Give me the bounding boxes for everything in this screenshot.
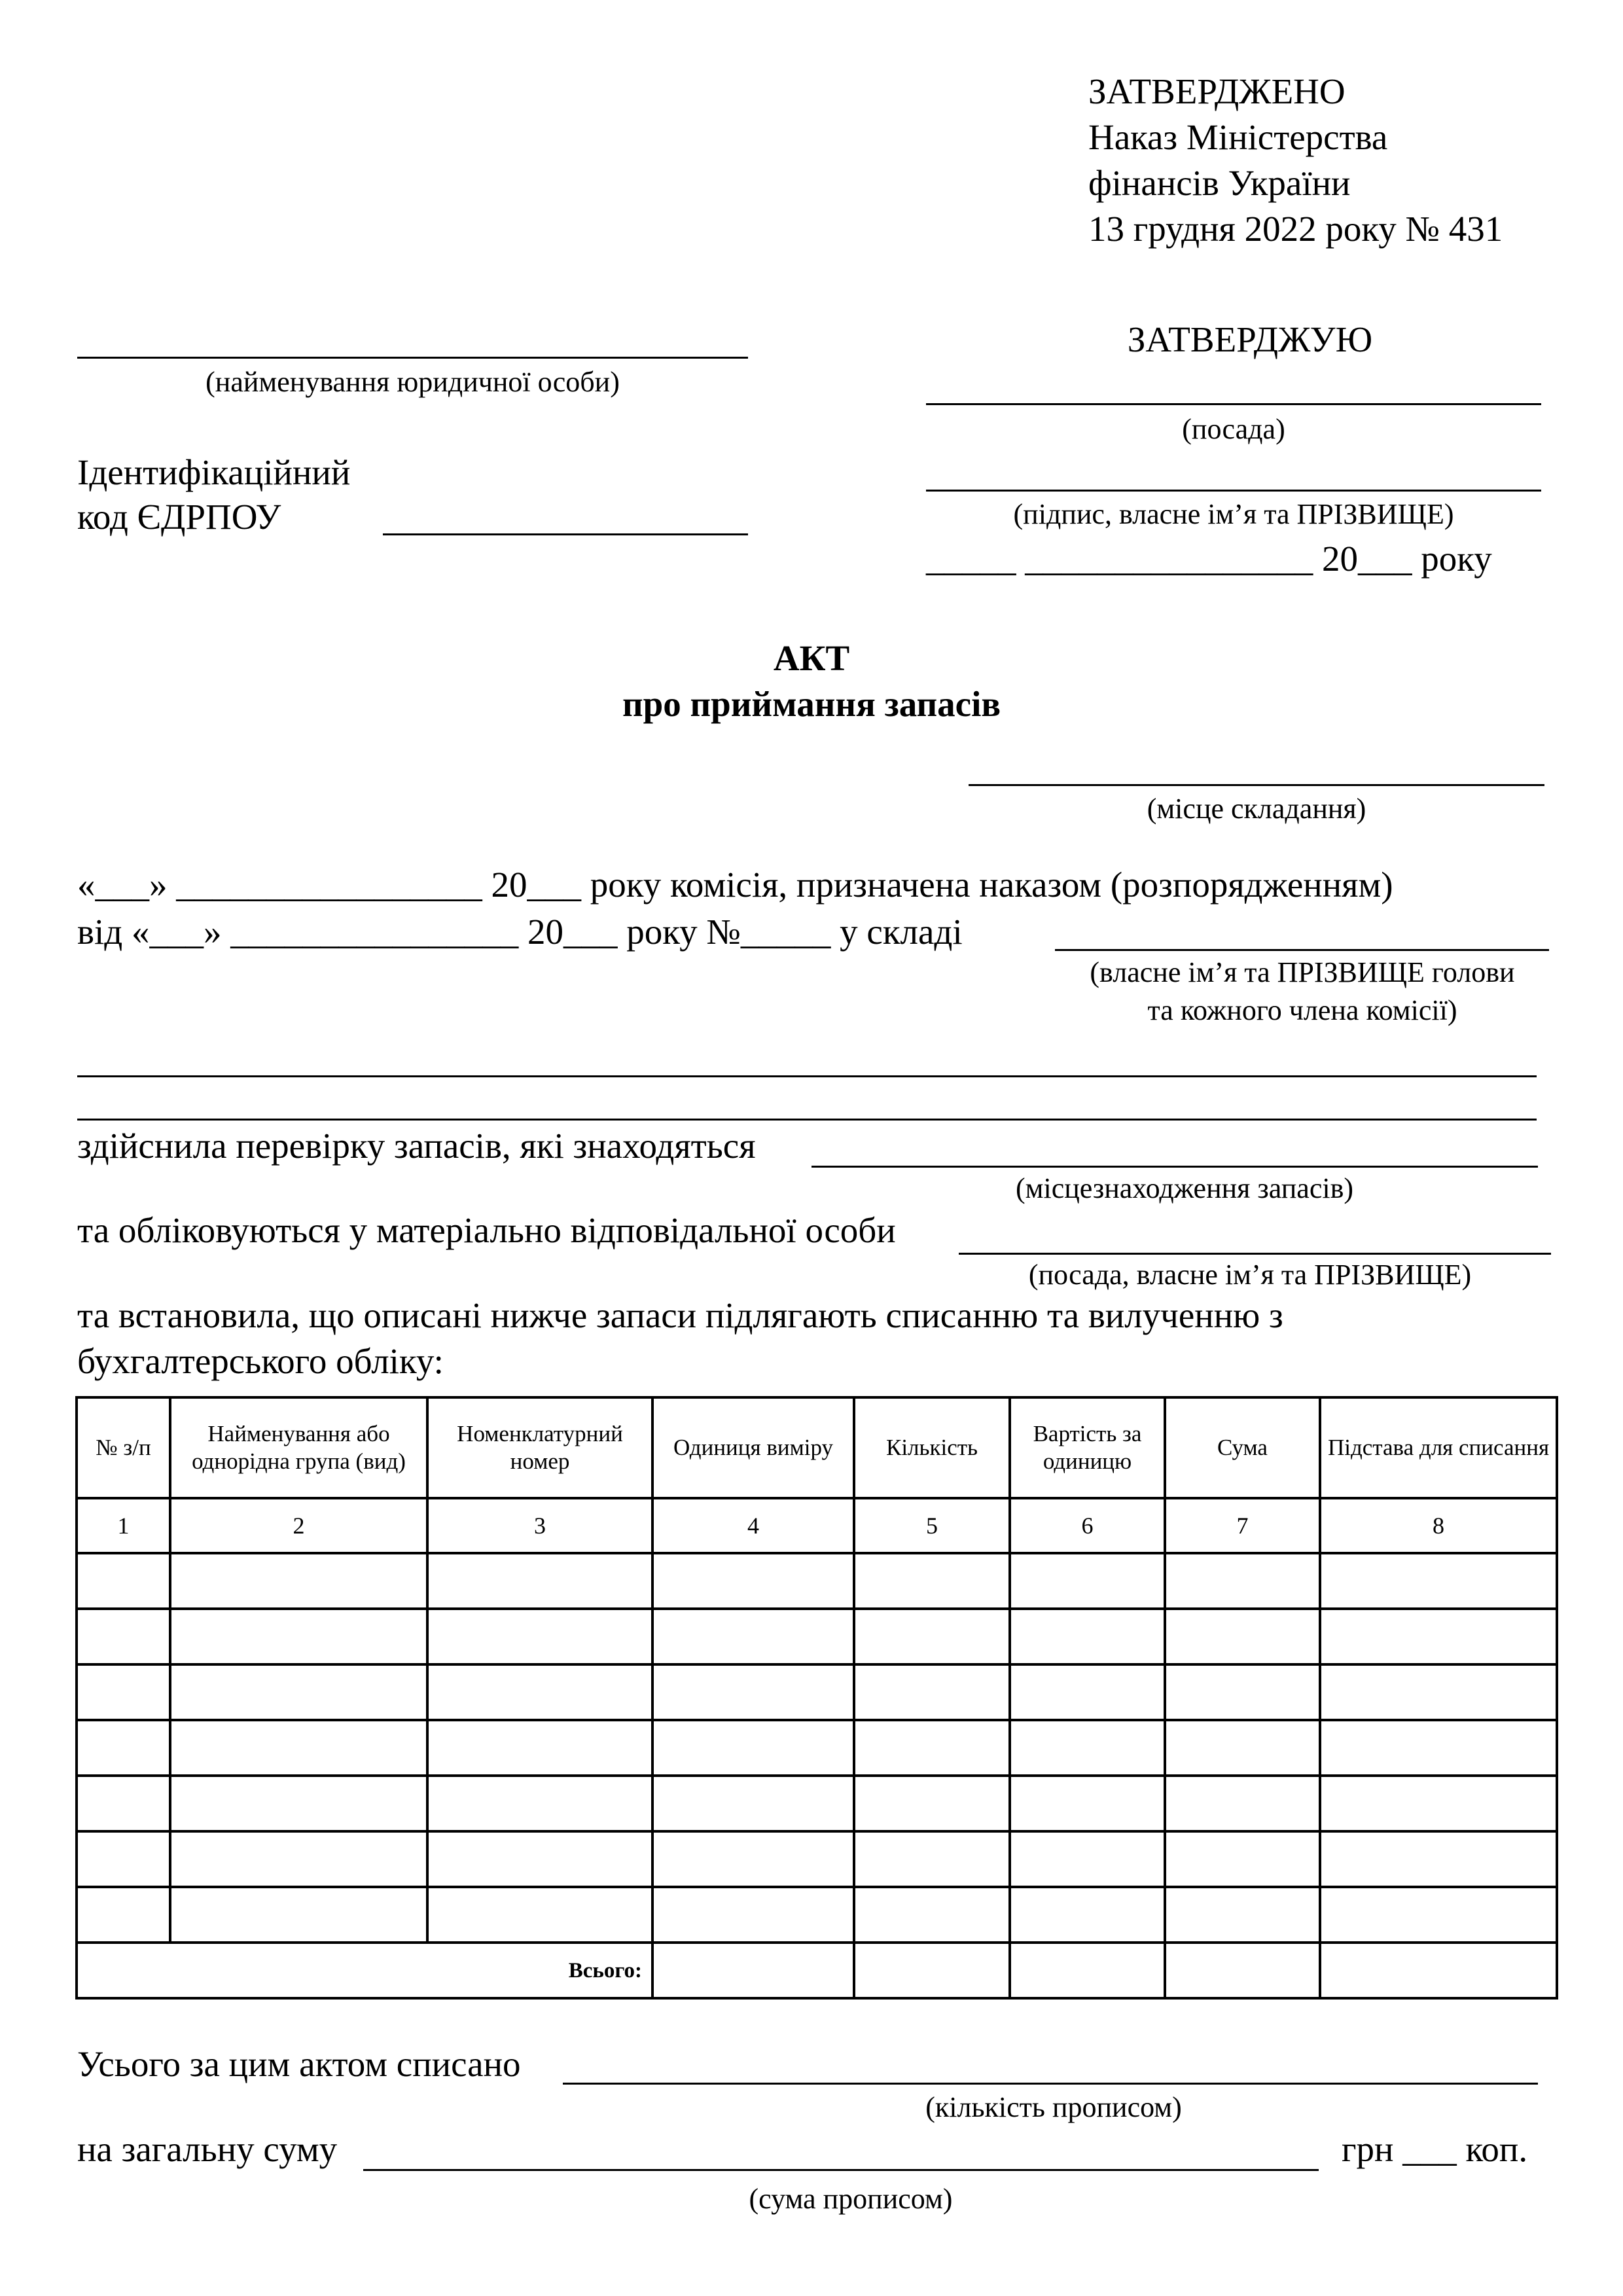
unit-cell[interactable] <box>652 1887 854 1943</box>
table-row <box>77 1831 1557 1887</box>
approval-stamp-line3: фінансів України <box>1088 161 1351 206</box>
commission-members-field[interactable] <box>1055 949 1549 951</box>
written-off-text: Усього за цим актом списано <box>77 2042 521 2087</box>
header-cell: Кількість <box>854 1397 1010 1498</box>
approval-stamp-line4: 13 грудня 2022 року № 431 <box>1088 207 1503 251</box>
unit-price-cell[interactable] <box>1010 1776 1165 1831</box>
written-off-quantity-field[interactable] <box>563 2083 1538 2085</box>
place-field[interactable] <box>969 784 1544 786</box>
sum-cell[interactable] <box>1165 1887 1320 1943</box>
header-cell: Вартість за одиницю <box>1010 1397 1165 1498</box>
item-name-cell[interactable] <box>170 1831 427 1887</box>
approval-stamp-line2: Наказ Міністерства <box>1088 115 1387 160</box>
approve-title: ЗАТВЕРДЖУЮ <box>923 317 1577 362</box>
total-cell-quantity[interactable] <box>854 1943 1010 1998</box>
unit-price-cell[interactable] <box>1010 1831 1165 1887</box>
column-number: 2 <box>170 1498 427 1553</box>
quantity-cell[interactable] <box>854 1664 1010 1720</box>
write-off-basis-cell[interactable] <box>1320 1831 1557 1887</box>
write-off-basis-cell[interactable] <box>1320 1553 1557 1609</box>
location-caption: (місцезнаходження запасів) <box>982 1172 1387 1206</box>
table-row <box>77 1664 1557 1720</box>
responsible-caption: (посада, власне ім’я та ПРІЗВИЩЕ) <box>982 1258 1518 1292</box>
row-number-cell[interactable] <box>77 1887 170 1943</box>
sum-cell[interactable] <box>1165 1776 1320 1831</box>
header-cell: Підстава для списання <box>1320 1397 1557 1498</box>
quantity-cell[interactable] <box>854 1609 1010 1664</box>
approver-position-field[interactable] <box>926 403 1541 405</box>
column-number: 4 <box>652 1498 854 1553</box>
quantity-cell[interactable] <box>854 1831 1010 1887</box>
document-title: АКТ <box>0 636 1623 681</box>
edrpou-label-line2: код ЄДРПОУ <box>77 495 281 539</box>
write-off-basis-cell[interactable] <box>1320 1609 1557 1664</box>
accounted-text: та обліковуються у матеріально відповіда… <box>77 1208 896 1253</box>
write-off-basis-cell[interactable] <box>1320 1664 1557 1720</box>
item-name-cell[interactable] <box>170 1776 427 1831</box>
entity-name-caption: (найменування юридичної особи) <box>77 365 748 399</box>
column-number: 6 <box>1010 1498 1165 1553</box>
column-number: 3 <box>427 1498 652 1553</box>
place-caption: (місце складання) <box>969 792 1544 826</box>
unit-cell[interactable] <box>652 1776 854 1831</box>
established-line2: бухгалтерського обліку: <box>77 1339 444 1384</box>
row-number-cell[interactable] <box>77 1609 170 1664</box>
sum-cell[interactable] <box>1165 1664 1320 1720</box>
header-cell: Одиниця виміру <box>652 1397 854 1498</box>
nomenclature-number-cell[interactable] <box>427 1553 652 1609</box>
header-cell: № з/п <box>77 1397 170 1498</box>
item-name-cell[interactable] <box>170 1720 427 1776</box>
row-number-cell[interactable] <box>77 1720 170 1776</box>
sum-cell[interactable] <box>1165 1553 1320 1609</box>
unit-price-cell[interactable] <box>1010 1664 1165 1720</box>
unit-cell[interactable] <box>652 1664 854 1720</box>
row-number-cell[interactable] <box>77 1776 170 1831</box>
header-cell: Сума <box>1165 1397 1320 1498</box>
row-number-cell[interactable] <box>77 1831 170 1887</box>
table-row <box>77 1720 1557 1776</box>
row-number-cell[interactable] <box>77 1664 170 1720</box>
established-line1: та встановила, що описані нижче запаси п… <box>77 1293 1283 1338</box>
total-cell-basis[interactable] <box>1320 1943 1557 1998</box>
unit-price-cell[interactable] <box>1010 1887 1165 1943</box>
sum-cell[interactable] <box>1165 1831 1320 1887</box>
nomenclature-number-cell[interactable] <box>427 1720 652 1776</box>
edrpou-code-field[interactable] <box>383 533 748 535</box>
members-caption-line1: (власне ім’я та ПРІЗВИЩЕ голови <box>1047 956 1558 990</box>
unit-cell[interactable] <box>652 1609 854 1664</box>
edrpou-label-line1: Ідентифікаційний <box>77 450 350 495</box>
column-number: 1 <box>77 1498 170 1553</box>
nomenclature-number-cell[interactable] <box>427 1887 652 1943</box>
quantity-cell[interactable] <box>854 1776 1010 1831</box>
members-caption-line2: та кожного члена комісії) <box>1047 994 1558 1028</box>
inventory-location-field[interactable] <box>811 1166 1538 1168</box>
unit-cell[interactable] <box>652 1720 854 1776</box>
unit-cell[interactable] <box>652 1553 854 1609</box>
table-header-row: № з/п Найменування або однорідна група (… <box>77 1397 1557 1498</box>
column-number: 5 <box>854 1498 1010 1553</box>
currency-text: грн ___ коп. <box>1342 2127 1527 2172</box>
unit-price-cell[interactable] <box>1010 1720 1165 1776</box>
header-cell: Номенклатурний номер <box>427 1397 652 1498</box>
commission-line1: «___» _________________ 20___ року коміс… <box>77 863 1393 907</box>
inventory-table: № з/п Найменування або однорідна група (… <box>75 1396 1558 2000</box>
write-off-basis-cell[interactable] <box>1320 1887 1557 1943</box>
members-continuation-line1[interactable] <box>77 1075 1537 1077</box>
column-number-row: 1 2 3 4 5 6 7 8 <box>77 1498 1557 1553</box>
header-cell: Найменування або однорідна група (вид) <box>170 1397 427 1498</box>
sum-cell[interactable] <box>1165 1609 1320 1664</box>
item-name-cell[interactable] <box>170 1664 427 1720</box>
table-row <box>77 1887 1557 1943</box>
column-number: 7 <box>1165 1498 1320 1553</box>
document-subtitle: про приймання запасів <box>0 682 1623 726</box>
approve-date-line[interactable]: _____ ________________ 20___ року <box>926 537 1492 581</box>
quantity-cell[interactable] <box>854 1553 1010 1609</box>
table-row <box>77 1553 1557 1609</box>
approver-signature-field[interactable] <box>926 490 1541 492</box>
total-cell-unit[interactable] <box>652 1943 854 1998</box>
nomenclature-number-cell[interactable] <box>427 1664 652 1720</box>
entity-name-field[interactable] <box>77 357 748 359</box>
nomenclature-number-cell[interactable] <box>427 1776 652 1831</box>
approval-stamp-line1: ЗАТВЕРДЖЕНО <box>1088 69 1346 114</box>
unit-price-cell[interactable] <box>1010 1609 1165 1664</box>
write-off-basis-cell[interactable] <box>1320 1720 1557 1776</box>
item-name-cell[interactable] <box>170 1887 427 1943</box>
nomenclature-number-cell[interactable] <box>427 1831 652 1887</box>
members-continuation-line2[interactable] <box>77 1119 1537 1121</box>
commission-line2: від «___» ________________ 20___ року №_… <box>77 910 963 954</box>
total-sum-text: на загальну суму <box>77 2127 337 2172</box>
total-sum-field[interactable] <box>363 2169 1319 2171</box>
total-label: Всього: <box>77 1943 652 1998</box>
table-row <box>77 1609 1557 1664</box>
total-cell-sum[interactable] <box>1165 1943 1320 1998</box>
table-row <box>77 1776 1557 1831</box>
quantity-caption: (кількість прописом) <box>851 2090 1257 2125</box>
approver-position-caption: (посада) <box>926 412 1541 446</box>
nomenclature-number-cell[interactable] <box>427 1609 652 1664</box>
sum-cell[interactable] <box>1165 1720 1320 1776</box>
item-name-cell[interactable] <box>170 1609 427 1664</box>
row-number-cell[interactable] <box>77 1553 170 1609</box>
write-off-basis-cell[interactable] <box>1320 1776 1557 1831</box>
unit-price-cell[interactable] <box>1010 1553 1165 1609</box>
quantity-cell[interactable] <box>854 1887 1010 1943</box>
total-row: Всього: <box>77 1943 1557 1998</box>
column-number: 8 <box>1320 1498 1557 1553</box>
quantity-cell[interactable] <box>854 1720 1010 1776</box>
approver-signature-caption: (підпис, власне ім’я та ПРІЗВИЩЕ) <box>926 497 1541 531</box>
sum-caption: (сума прописом) <box>654 2182 1047 2216</box>
check-text: здійснила перевірку запасів, які знаходя… <box>77 1124 756 1168</box>
responsible-person-field[interactable] <box>959 1253 1551 1255</box>
unit-cell[interactable] <box>652 1831 854 1887</box>
item-name-cell[interactable] <box>170 1553 427 1609</box>
total-cell-unit-price[interactable] <box>1010 1943 1165 1998</box>
